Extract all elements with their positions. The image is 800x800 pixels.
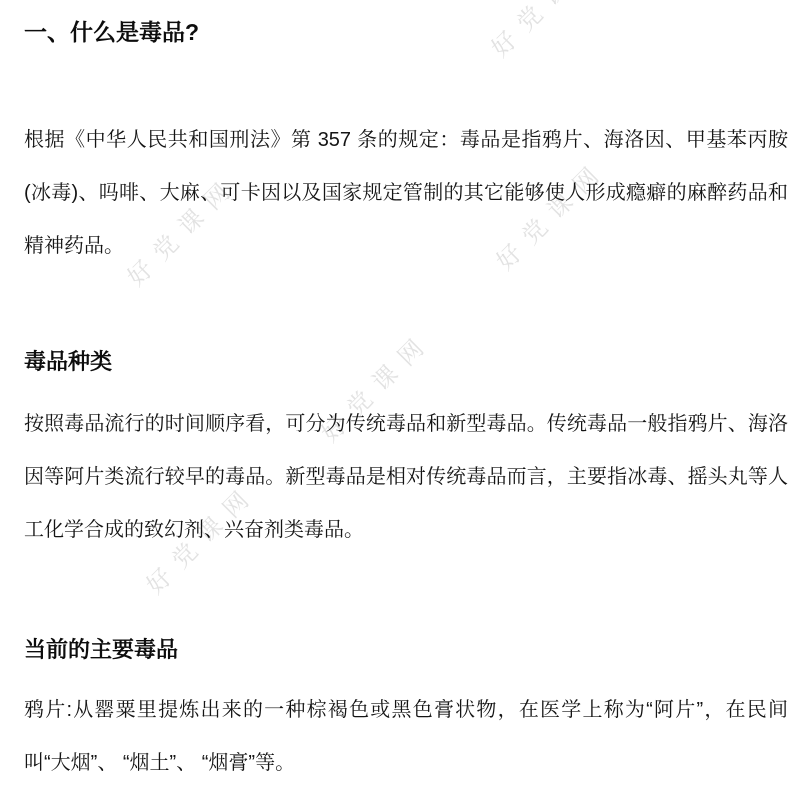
heading-drug-types: 毒品种类 bbox=[24, 335, 788, 388]
paragraph-opium: 鸦片:从罂粟里提炼出来的一种棕褐色或黑色膏状物，在医学上称为“阿片”，在民间叫“… bbox=[24, 684, 788, 790]
document-page: 好党课网 好党课网 好党课网 好党课网 好党课网 一、什么是毒品? 根据《中华人… bbox=[0, 0, 800, 800]
document-content: 一、什么是毒品? 根据《中华人民共和国刑法》第 357 条的规定：毒品是指鸦片、… bbox=[0, 0, 800, 800]
heading-current-drugs: 当前的主要毒品 bbox=[24, 623, 788, 676]
paragraph-definition: 根据《中华人民共和国刑法》第 357 条的规定：毒品是指鸦片、海洛因、甲基苯丙胺… bbox=[24, 114, 788, 273]
paragraph-drug-types: 按照毒品流行的时间顺序看，可分为传统毒品和新型毒品。传统毒品一般指鸦片、海洛因等… bbox=[24, 398, 788, 557]
page-title: 一、什么是毒品? bbox=[24, 16, 788, 48]
